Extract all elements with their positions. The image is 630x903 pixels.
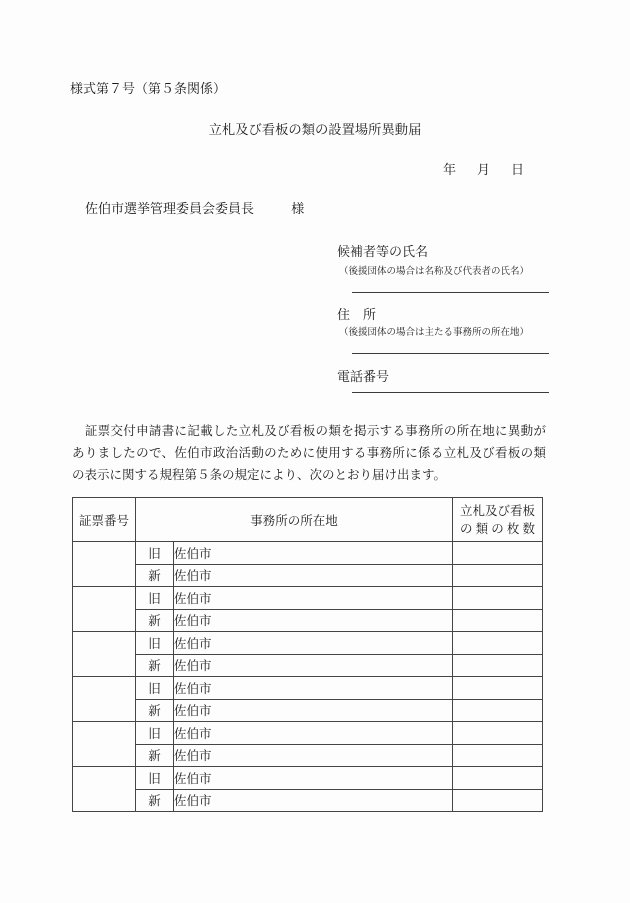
new-count-cell <box>453 654 543 677</box>
new-location-cell: 佐伯市 <box>174 744 453 767</box>
table-row-group: 旧 佐伯市 新 佐伯市 <box>73 542 543 587</box>
phone-label: 電話番号 <box>337 366 389 385</box>
old-flag-cell: 旧 <box>136 542 174 565</box>
table-row-group: 旧 佐伯市 新 佐伯市 <box>73 677 543 722</box>
cert-number-cell <box>73 587 136 632</box>
cert-number-cell <box>73 542 136 587</box>
new-flag-cell: 新 <box>136 654 174 677</box>
addressee-honorific: 様 <box>291 201 304 216</box>
page-title: 立札及び看板の類の設置場所異動届 <box>0 119 630 138</box>
new-count-cell <box>453 699 543 722</box>
table-row-new: 新 佐伯市 <box>73 609 543 632</box>
table-row-group: 旧 佐伯市 新 佐伯市 <box>73 767 543 812</box>
new-location-cell: 佐伯市 <box>174 564 453 587</box>
candidate-name-label: 候補者等の氏名 <box>337 241 428 260</box>
table-row-old: 旧 佐伯市 <box>73 677 543 700</box>
new-flag-cell: 新 <box>136 744 174 767</box>
new-count-cell <box>453 564 543 587</box>
new-flag-cell: 新 <box>136 609 174 632</box>
address-input-line <box>352 353 549 354</box>
table-row-group: 旧 佐伯市 新 佐伯市 <box>73 722 543 767</box>
addressee: 佐伯市選挙管理委員会委員長 <box>85 201 254 216</box>
header-office-location: 事務所の所在地 <box>136 498 453 542</box>
old-location-cell: 佐伯市 <box>174 767 453 790</box>
old-count-cell <box>453 722 543 745</box>
old-flag-cell: 旧 <box>136 587 174 610</box>
address-label: 住 所 <box>337 304 376 323</box>
old-flag-cell: 旧 <box>136 677 174 700</box>
header-sign-count-line2: の 類 の 枚 数 <box>453 520 542 538</box>
new-location-cell: 佐伯市 <box>174 789 453 812</box>
header-sign-count: 立札及び看板 の 類 の 枚 数 <box>453 498 543 542</box>
old-location-cell: 佐伯市 <box>174 542 453 565</box>
cert-number-cell <box>73 677 136 722</box>
table-row-group: 旧 佐伯市 新 佐伯市 <box>73 587 543 632</box>
table-row-old: 旧 佐伯市 <box>73 767 543 790</box>
new-count-cell <box>453 789 543 812</box>
new-location-cell: 佐伯市 <box>174 609 453 632</box>
date-month-label: 月 <box>477 159 490 178</box>
table-row-new: 新 佐伯市 <box>73 564 543 587</box>
table-row-group: 旧 佐伯市 新 佐伯市 <box>73 632 543 677</box>
addressee-row: 佐伯市選挙管理委員会委員長 様 <box>85 198 304 217</box>
date-day-label: 日 <box>511 159 524 178</box>
table-row-old: 旧 佐伯市 <box>73 722 543 745</box>
old-location-cell: 佐伯市 <box>174 587 453 610</box>
new-location-cell: 佐伯市 <box>174 654 453 677</box>
old-count-cell <box>453 677 543 700</box>
new-flag-cell: 新 <box>136 564 174 587</box>
old-flag-cell: 旧 <box>136 722 174 745</box>
cert-number-cell <box>73 767 136 812</box>
table-row-new: 新 佐伯市 <box>73 744 543 767</box>
address-note: （後援団体の場合は主たる事務所の所在地） <box>339 324 529 338</box>
notice-table: 証票番号 事務所の所在地 立札及び看板 の 類 の 枚 数 旧 佐伯市 新 佐伯… <box>72 497 543 812</box>
old-count-cell <box>453 542 543 565</box>
new-flag-cell: 新 <box>136 699 174 722</box>
phone-input-line <box>352 392 549 393</box>
table-row-new: 新 佐伯市 <box>73 654 543 677</box>
header-cert-number: 証票番号 <box>73 498 136 542</box>
candidate-name-note: （後援団体の場合は名称及び代表者の氏名） <box>339 263 529 277</box>
new-count-cell <box>453 609 543 632</box>
header-sign-count-line1: 立札及び看板 <box>453 502 542 520</box>
candidate-name-input-line <box>352 292 549 293</box>
new-flag-cell: 新 <box>136 789 174 812</box>
date-year-label: 年 <box>443 159 456 178</box>
cert-number-cell <box>73 722 136 767</box>
form-number: 様式第７号（第５条関係） <box>70 78 226 97</box>
old-location-cell: 佐伯市 <box>174 677 453 700</box>
old-flag-cell: 旧 <box>136 632 174 655</box>
old-flag-cell: 旧 <box>136 767 174 790</box>
old-location-cell: 佐伯市 <box>174 632 453 655</box>
new-count-cell <box>453 744 543 767</box>
table-row-new: 新 佐伯市 <box>73 699 543 722</box>
table-row-new: 新 佐伯市 <box>73 789 543 812</box>
old-count-cell <box>453 587 543 610</box>
old-location-cell: 佐伯市 <box>174 722 453 745</box>
old-count-cell <box>453 767 543 790</box>
table-row-old: 旧 佐伯市 <box>73 587 543 610</box>
body-paragraph: 証票交付申請書に記載した立札及び看板の類を掲示する事務所の所在地に異動がありまし… <box>72 420 546 486</box>
table-row-old: 旧 佐伯市 <box>73 542 543 565</box>
table-row-old: 旧 佐伯市 <box>73 632 543 655</box>
old-count-cell <box>453 632 543 655</box>
date-line: 年 月 日 <box>443 159 524 178</box>
cert-number-cell <box>73 632 136 677</box>
document-page: 様式第７号（第５条関係） 立札及び看板の類の設置場所異動届 年 月 日 佐伯市選… <box>0 0 630 903</box>
new-location-cell: 佐伯市 <box>174 699 453 722</box>
